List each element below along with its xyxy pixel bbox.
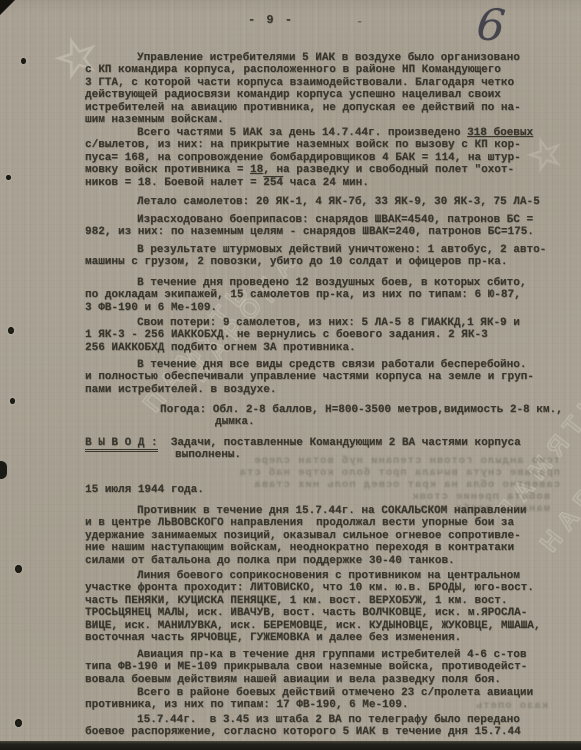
bleed-through-line: савертно обла на крат освед поль них ста… — [230, 479, 560, 491]
document-line: 15.7.44г. в 3.45 из штаба 2 ВА по телегр… — [85, 714, 521, 726]
document-line: удержание занимаемых позиций, оказывал с… — [85, 530, 526, 542]
scan-corner-artifact — [0, 0, 15, 15]
binding-hole — [15, 565, 22, 573]
document-line: Свои потери: 9 самолетов, из них: 5 ЛА-5… — [85, 317, 520, 329]
binding-hole — [21, 58, 26, 64]
document-line: противника, из них по типам: 17 ФВ-190, … — [85, 699, 533, 711]
document-line: ников = 18. Боевой налет = 254 часа 24 м… — [85, 177, 533, 189]
document-line: 15 июля 1944 года. — [85, 484, 204, 496]
document-line: 3 ФВ-190 и 6 Ме-109. — [85, 302, 526, 314]
document-line: мовку войск противника = 18, на разведку… — [85, 164, 533, 176]
document-line: с КП командира корпуса, расположенного в… — [85, 64, 521, 76]
document-line: типа ФВ-190 и МЕ-109 прикрывала свои наз… — [85, 661, 527, 673]
stray-typed-dash: - — [356, 15, 363, 29]
paragraph: Управление истребителями 5 ИАК в воздухе… — [85, 52, 521, 126]
paragraph: В течение дня все виды средств связи раб… — [85, 359, 534, 396]
document-line: вовала боевым действиям нашей авиации и … — [85, 674, 527, 686]
paragraph: Свои потери: 9 самолетов, из них: 5 ЛА-5… — [85, 317, 520, 354]
document-line: 3 ГТА, с которой части корпуса взаимодей… — [85, 77, 521, 89]
document-line: 1 ЯК-3 - 256 ИАККОБХД. не вернулись с бо… — [85, 329, 520, 341]
document-line: машины с грузом, 2 повозки, убито до 10 … — [85, 256, 546, 268]
document-line: В течение дня все виды средств связи раб… — [85, 359, 534, 371]
document-line: пами истребителей. в воздухе. — [85, 384, 534, 396]
binding-hole — [8, 327, 14, 334]
document-line: истребителей на авиацию противника, не д… — [85, 102, 521, 114]
document-line: по докладам экипажей, 15 самолетов пр-ка… — [85, 289, 526, 301]
document-line: часть ПЕНЯКИ, КУЦИСКА ПЕНЯЦКЕ, 1 км. вос… — [85, 595, 540, 607]
paragraph: В течение дня проведено 12 воздушных бое… — [85, 277, 526, 314]
document-line: В результате штурмовых действий уничтоже… — [85, 244, 546, 256]
document-line: и полностью обеспечивали управление част… — [85, 371, 534, 383]
paragraph: Погода: Обл. 2-8 баллов, Н=800-3500 метр… — [160, 404, 563, 429]
paragraph: 15.7.44г. в 3.45 из штаба 2 ВА по телегр… — [85, 714, 521, 739]
paragraph: В результате штурмовых действий уничтоже… — [85, 244, 546, 269]
watermark-naroda-text: НАРОДА — [533, 413, 581, 558]
document-line: Противник в течение дня 15.7.44г. на СОК… — [85, 505, 526, 517]
binding-hole — [6, 175, 11, 180]
document-line: Всего в районе боевых действий отмечено … — [85, 687, 533, 699]
paragraph: Всего в районе боевых действий отмечено … — [85, 687, 533, 712]
bleed-through-line: вобата прение стовк — [400, 491, 550, 503]
document-line: силами от батальона до полка при поддерж… — [85, 555, 526, 567]
paragraph: Израсходовано боеприпасов: снарядов ШВАК… — [85, 214, 534, 239]
scan-edge-shadow — [0, 741, 581, 750]
paragraph: Линия боевого соприкосновения с противни… — [85, 570, 540, 644]
document-line: Линия боевого соприкосновения с противни… — [85, 570, 540, 582]
document-line: шим наземным войскам. — [85, 114, 521, 126]
document-line: с/вылетов, из них: на прикрытие наземных… — [85, 139, 533, 151]
page-number: - 9 - — [248, 13, 294, 27]
paragraph: Противник в течение дня 15.7.44г. на СОК… — [85, 505, 526, 567]
document-line: Погода: Обл. 2-8 баллов, Н=800-3500 метр… — [160, 404, 563, 416]
document-line: В течение дня проведено 12 воздушных бое… — [85, 277, 526, 289]
paragraph: Авиация пр-ка в течение дня группами ист… — [85, 649, 527, 686]
document-line: пуса= 168, на сопровождение бомбардировщ… — [85, 152, 533, 164]
document-line: дымка. — [160, 416, 563, 428]
document-line: ВИЦЕ, иск. МАНИЛУВКА, иск. БЕРЕМОВЦЕ, ис… — [85, 620, 540, 632]
document-line: 982, из них: по наземным целям - снарядо… — [85, 226, 534, 238]
document-line: ние нашим наступающим войскам, неоднокра… — [85, 542, 526, 554]
document-line: Израсходовано боеприпасов: снарядов ШВАК… — [85, 214, 534, 226]
document-line: восточная часть ЯРЧОВЦЕ, ГУЖЕМОВКА и дал… — [85, 632, 540, 644]
document-line: Управление истребителями 5 ИАК в воздухе… — [85, 52, 521, 64]
document-line: действующей радиосвязи командир корпуса … — [85, 89, 521, 101]
binding-hole — [10, 398, 15, 404]
paper-tear-artifact — [0, 461, 7, 479]
document-line: Летало самолетов: 20 ЯК-1, 4 ЯК-7б, 33 Я… — [85, 196, 540, 208]
document-line: Авиация пр-ка в течение дня группами ист… — [85, 649, 527, 661]
document-line: боевое распоряжение, согласно которого 5… — [85, 726, 521, 738]
handwritten-page-mark: 6 — [474, 0, 507, 52]
paragraph: В Ы В О Д : Задачи, поставленные Команду… — [85, 437, 521, 462]
document-line: участке фронта проходит: ЛИТОВИСКО, что … — [85, 582, 540, 594]
document-line: В Ы В О Д : Задачи, поставленные Команду… — [85, 437, 521, 449]
document-line: Всего частями 5 ИАК за день 14.7.44г. пр… — [85, 127, 533, 139]
binding-hole — [15, 719, 22, 727]
document-line: и в центре ЛЬВОВСКОГО направления продол… — [85, 517, 526, 529]
bleed-through-line: пралаве снута вычала прот боло котре наб… — [210, 467, 560, 479]
paragraph: Всего частями 5 ИАК за день 14.7.44г. пр… — [85, 127, 533, 189]
paragraph: 15 июля 1944 года. — [85, 484, 204, 496]
document-line: ТРОСЬЦЯНЕЦ МАЛЫ, иск. ИВАЧУВ, вост. част… — [85, 607, 540, 619]
paragraph: Летало самолетов: 20 ЯК-1, 4 ЯК-7б, 33 Я… — [85, 196, 540, 208]
scanned-document-page: ★ ПАМЯТЬ НАРОДА ПАМЯТЬ НАРОДА ★ - 9 - - … — [0, 0, 581, 750]
document-line: 256 ИАККОБХД подбито огнем ЗА противника… — [85, 342, 520, 354]
